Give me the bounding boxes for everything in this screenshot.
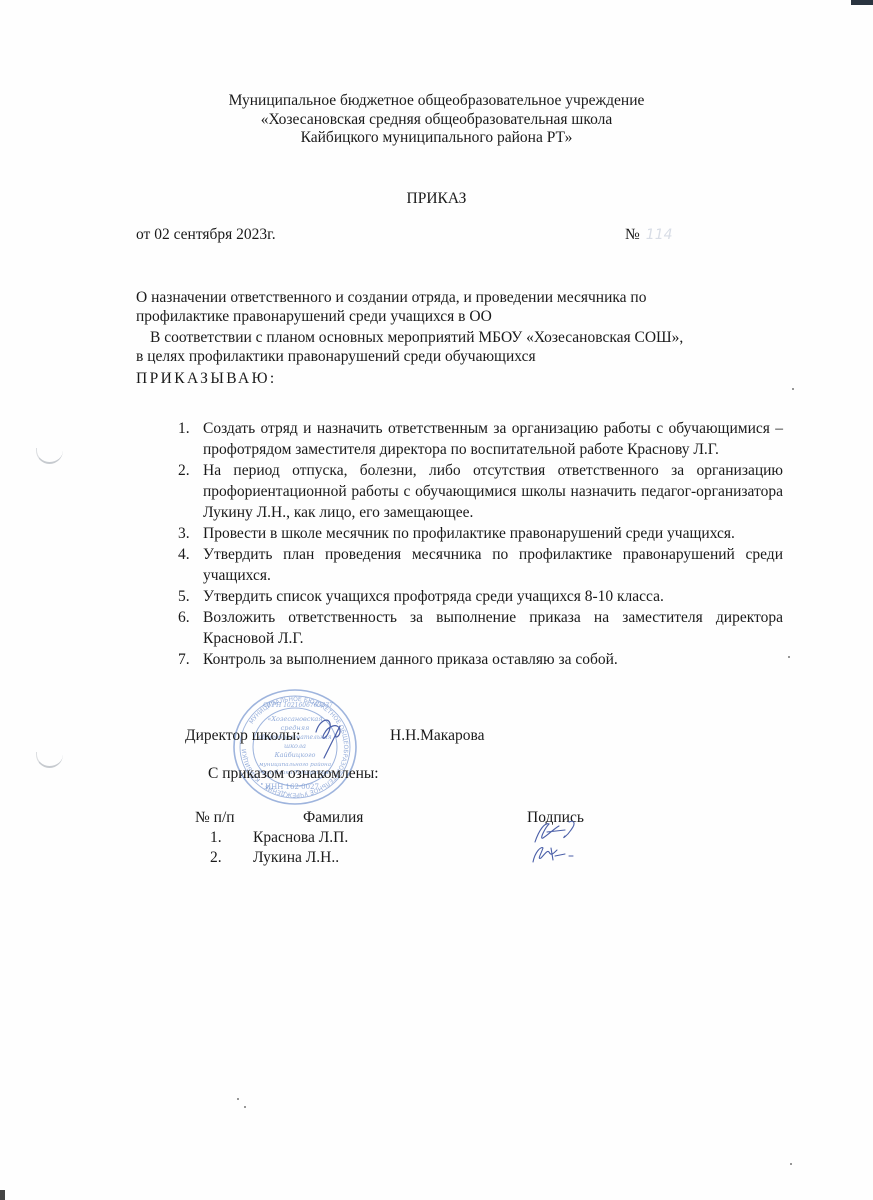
column-header-name: Фамилия [303, 808, 363, 828]
item-text: Утвердить список учащихся профотряда сре… [203, 588, 664, 605]
column-header-number: № п/п [195, 808, 235, 828]
header-line-3: Кайбицкого муниципального района РТ» [0, 129, 873, 148]
header-line-2: «Хозесановская средняя общеобразовательн… [0, 111, 873, 130]
item-text: На период отпуска, болезни, либо отсутст… [203, 462, 783, 521]
item-number: 1. [178, 418, 190, 439]
acknowledgement-title: С приказом ознакомлены: [208, 765, 379, 783]
item-text: Провести в школе месячник по профилактик… [203, 525, 735, 542]
item-number: 6. [178, 607, 190, 628]
hole-punch-mark-top [36, 448, 63, 464]
order-item: 4.Утвердить план проведения месячника по… [178, 544, 783, 586]
item-text: Создать отряд и назначить ответственным … [203, 420, 783, 458]
scan-corner-artifact-bottom [0, 1190, 5, 1200]
row-name: Краснова Л.П. [253, 828, 348, 848]
order-item: 3.Провести в школе месячник по профилакт… [178, 523, 783, 544]
subject-line-2: профилактике правонарушений среди учащих… [136, 308, 776, 327]
svg-text:ИНН 162·0027: ИНН 162·0027 [265, 783, 319, 791]
item-number: 7. [178, 649, 190, 670]
item-text: Контроль за выполнением данного приказа … [203, 651, 618, 668]
scan-speck [244, 1106, 246, 1108]
basis-line-1: В соответствии с планом основных меропри… [136, 329, 816, 348]
scan-speck [237, 1098, 239, 1100]
director-signature-icon [310, 712, 350, 762]
order-item: 7.Контроль за выполнением данного приказ… [178, 649, 783, 670]
document-page: Муниципальное бюджетное общеобразователь… [0, 0, 873, 1200]
item-text: Возложить ответственность за выполнение … [203, 609, 783, 647]
item-number: 5. [178, 586, 190, 607]
item-number: 4. [178, 544, 190, 565]
institution-header: Муниципальное бюджетное общеобразователь… [0, 92, 873, 148]
item-number: 3. [178, 523, 190, 544]
acknowledgement-signatures-icon [525, 818, 590, 866]
order-word: ПРИКАЗЫВАЮ: [136, 370, 277, 388]
order-item: 5.Утвердить список учащихся профотряда с… [178, 586, 783, 607]
header-line-1: Муниципальное бюджетное общеобразователь… [0, 92, 873, 111]
subject-line-1: О назначении ответственного и создании о… [136, 289, 776, 308]
document-subject: О назначении ответственного и создании о… [136, 289, 776, 326]
scan-speck [788, 656, 790, 658]
order-item: 2.На период отпуска, болезни, либо отсут… [178, 460, 783, 523]
order-items-list: 1.Создать отряд и назначить ответственны… [178, 418, 783, 670]
scan-speck [790, 1163, 792, 1165]
scan-speck [792, 388, 794, 390]
svg-text:ОГРН 1021606763337: ОГРН 1021606763337 [263, 702, 333, 709]
number-label: № [625, 226, 640, 243]
director-role: Директор школы: [185, 727, 300, 745]
document-date: от 02 сентября 2023г. [136, 226, 276, 244]
document-number: №114 [625, 226, 673, 244]
item-number: 2. [178, 460, 190, 481]
number-handwritten: 114 [646, 227, 673, 243]
scan-corner-artifact [851, 0, 873, 5]
row-name: Лукина Л.Н.. [253, 848, 339, 868]
order-item: 6.Возложить ответственность за выполнени… [178, 607, 783, 649]
row-number: 2. [210, 848, 222, 868]
order-item: 1.Создать отряд и назначить ответственны… [178, 418, 783, 460]
item-text: Утвердить план проведения месячника по п… [203, 546, 783, 584]
basis-line-2: в целях профилактики правонарушений сред… [136, 348, 536, 365]
director-name: Н.Н.Макарова [390, 727, 484, 745]
document-basis: В соответствии с планом основных меропри… [136, 329, 816, 366]
row-number: 1. [210, 828, 222, 848]
document-title: ПРИКАЗ [0, 190, 873, 208]
hole-punch-mark-bottom [36, 752, 63, 768]
